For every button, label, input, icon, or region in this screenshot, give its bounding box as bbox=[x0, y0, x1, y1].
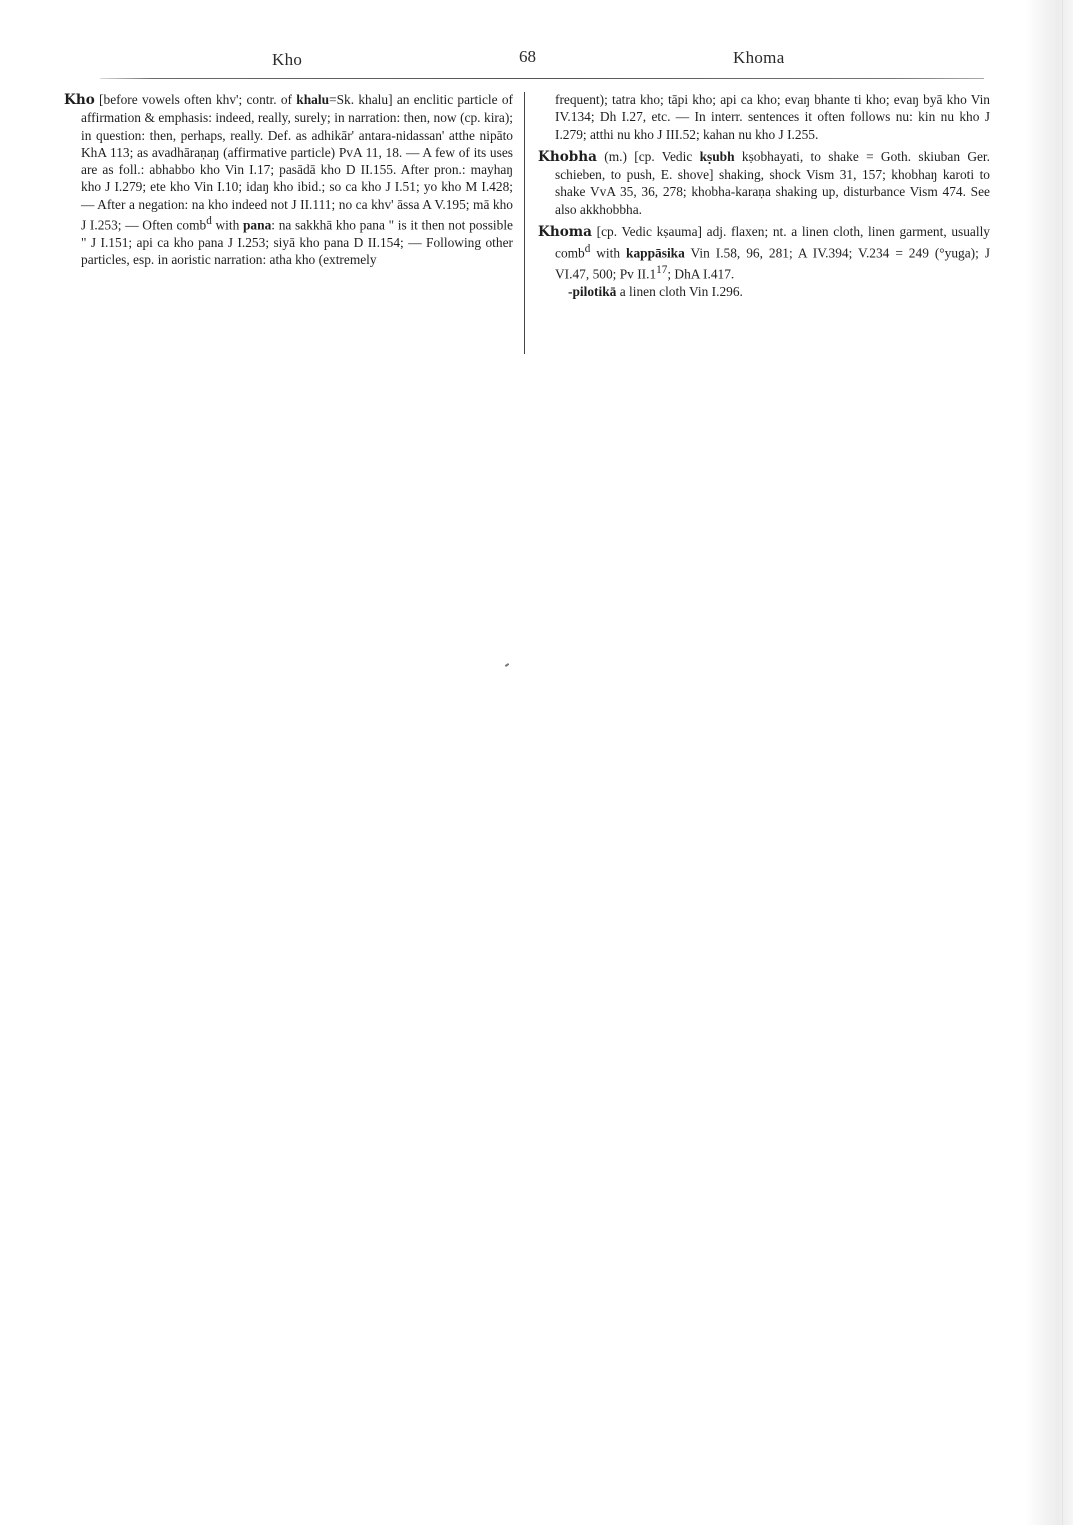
entry-text-bold: khalu bbox=[296, 92, 329, 107]
header-rule bbox=[100, 78, 984, 79]
right-column: frequent); tatra kho; tāpi kho; api ca k… bbox=[538, 91, 990, 300]
page-edge-line bbox=[1062, 0, 1063, 1525]
entry-text-bold: kṣubh bbox=[700, 149, 735, 164]
sub-entry-pilotika: -pilotikā a linen cloth Vin I.296. bbox=[538, 283, 990, 300]
left-guideword: Kho bbox=[272, 50, 302, 70]
entry-text: with bbox=[212, 218, 243, 233]
dictionary-entry-kho: Kho [before vowels often khv'; contr. of… bbox=[64, 91, 513, 268]
entry-text: (m.) [cp. Vedic bbox=[597, 149, 700, 164]
page-number: 68 bbox=[519, 47, 536, 67]
entry-text-bold: kappāsika bbox=[626, 246, 685, 261]
headword: Khoma bbox=[538, 224, 592, 240]
entry-text-bold: pana bbox=[243, 218, 271, 233]
entry-text: ; DhA I.417. bbox=[667, 267, 734, 282]
dictionary-entry-khoma: Khoma [cp. Vedic kṣauma] adj. flaxen; nt… bbox=[538, 223, 990, 283]
scanned-page-edge bbox=[1025, 0, 1073, 1525]
headword: Kho bbox=[64, 92, 95, 108]
running-head: Kho 68 Khoma bbox=[0, 50, 1073, 72]
scan-speck bbox=[505, 663, 509, 667]
entry-text: [before vowels often khv'; contr. of bbox=[95, 92, 297, 107]
headword: Khobha bbox=[538, 149, 597, 165]
dictionary-entry-khobha: Khobha (m.) [cp. Vedic kṣubh kṣobhayati,… bbox=[538, 148, 990, 218]
right-guideword: Khoma bbox=[733, 48, 785, 68]
column-divider bbox=[524, 92, 525, 354]
left-column: Kho [before vowels often khv'; contr. of… bbox=[64, 91, 513, 273]
entry-continuation-kho: frequent); tatra kho; tāpi kho; api ca k… bbox=[538, 91, 990, 143]
entry-text: abhabbo kho bbox=[149, 162, 220, 177]
sub-entry-text: a linen cloth Vin I.296. bbox=[616, 284, 743, 299]
sub-entry-label: -pilotikā bbox=[568, 284, 616, 299]
entry-text: with bbox=[590, 246, 626, 261]
superscript: 17 bbox=[656, 264, 667, 276]
